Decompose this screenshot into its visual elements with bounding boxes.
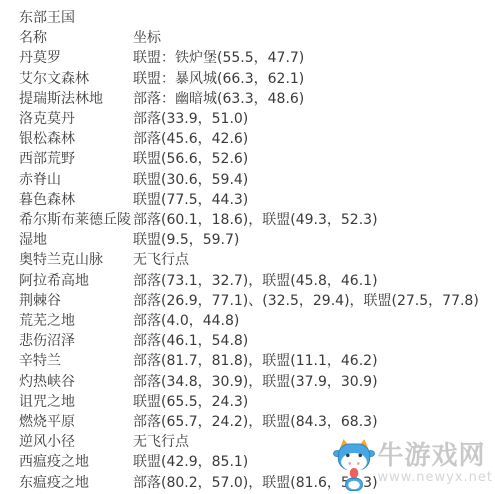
zone-coords: 联盟(30.6，59.4) xyxy=(133,170,495,190)
zone-name: 逆风小径 xyxy=(19,432,133,452)
column-header-name: 名称 xyxy=(19,28,133,48)
zone-name: 暮色森林 xyxy=(19,190,133,210)
page: 东部王国 名称 坐标 丹莫罗 联盟：铁炉堡(55.5，47.7) 艾尔文森林 联… xyxy=(0,0,495,494)
table-body: 丹莫罗 联盟：铁炉堡(55.5，47.7) 艾尔文森林 联盟：暴风城(66.3，… xyxy=(19,48,495,492)
table-row: 艾尔文森林 联盟：暴风城(66.3，62.1) xyxy=(19,69,495,89)
zone-name: 银松森林 xyxy=(19,129,133,149)
zone-coords: 联盟：铁炉堡(55.5，47.7) xyxy=(133,48,495,68)
table-row: 提瑞斯法林地 部落：幽暗城(63.3，48.6) xyxy=(19,89,495,109)
zone-name: 悲伤沼泽 xyxy=(19,331,133,351)
table-row: 西部荒野 联盟(56.6，52.6) xyxy=(19,149,495,169)
zone-name: 洛克莫丹 xyxy=(19,109,133,129)
table-row: 银松森林 部落(45.6，42.6) xyxy=(19,129,495,149)
zone-coords: 部落：幽暗城(63.3，48.6) xyxy=(133,89,495,109)
zone-coords: 部落(4.0，44.8) xyxy=(133,311,495,331)
zone-name: 辛特兰 xyxy=(19,351,133,371)
table-row: 荆棘谷 部落(26.9，77.1)、(32.5，29.4)，联盟(27.5，77… xyxy=(19,291,495,311)
table-row: 湿地 联盟(9.5，59.7) xyxy=(19,230,495,250)
zone-name: 西瘟疫之地 xyxy=(19,452,133,472)
zone-coords: 部落(45.6，42.6) xyxy=(133,129,495,149)
table-header-row: 名称 坐标 xyxy=(19,28,495,48)
zone-coords: 部落(73.1，32.7)，联盟(45.8，46.1) xyxy=(133,271,495,291)
zone-name: 希尔斯布莱德丘陵 xyxy=(19,210,133,230)
zone-coords: 无飞行点 xyxy=(133,250,495,270)
zone-coords: 联盟(65.5，24.3) xyxy=(133,392,495,412)
table-row: 希尔斯布莱德丘陵 部落(60.1，18.6)，联盟(49.3，52.3) xyxy=(19,210,495,230)
zone-name: 艾尔文森林 xyxy=(19,69,133,89)
page-title: 东部王国 xyxy=(19,8,495,28)
table-row: 阿拉希高地 部落(73.1，32.7)，联盟(45.8，46.1) xyxy=(19,271,495,291)
table-row: 奥特兰克山脉 无飞行点 xyxy=(19,250,495,270)
table-row: 赤脊山 联盟(30.6，59.4) xyxy=(19,170,495,190)
table-row: 燃烧平原 部落(65.7，24.2)，联盟(84.3，68.3) xyxy=(19,412,495,432)
table-row: 丹莫罗 联盟：铁炉堡(55.5，47.7) xyxy=(19,48,495,68)
zone-coords: 部落(46.1，54.8) xyxy=(133,331,495,351)
zone-coords: 联盟：暴风城(66.3，62.1) xyxy=(133,69,495,89)
zone-coords: 部落(60.1，18.6)，联盟(49.3，52.3) xyxy=(133,210,495,230)
zone-name: 燃烧平原 xyxy=(19,412,133,432)
zone-name: 灼热峡谷 xyxy=(19,372,133,392)
zone-coords: 联盟(56.6，52.6) xyxy=(133,149,495,169)
zone-coords: 联盟(9.5，59.7) xyxy=(133,230,495,250)
zone-coords: 联盟(77.5，44.3) xyxy=(133,190,495,210)
table-row: 灼热峡谷 部落(34.8，30.9)，联盟(37.9，30.9) xyxy=(19,372,495,392)
zone-coords: 部落(81.7，81.8)，联盟(11.1，46.2) xyxy=(133,351,495,371)
column-header-coords: 坐标 xyxy=(133,28,495,48)
zone-coords: 无飞行点 xyxy=(133,432,495,452)
table-row: 洛克莫丹 部落(33.9，51.0) xyxy=(19,109,495,129)
table-row: 悲伤沼泽 部落(46.1，54.8) xyxy=(19,331,495,351)
zone-coords: 部落(80.2，57.0)，联盟(81.6，59.3) xyxy=(133,473,495,493)
zone-coords: 部落(65.7，24.2)，联盟(84.3，68.3) xyxy=(133,412,495,432)
zone-name: 赤脊山 xyxy=(19,170,133,190)
table-row: 辛特兰 部落(81.7，81.8)，联盟(11.1，46.2) xyxy=(19,351,495,371)
flight-point-table: 东部王国 名称 坐标 丹莫罗 联盟：铁炉堡(55.5，47.7) 艾尔文森林 联… xyxy=(0,0,495,493)
zone-name: 西部荒野 xyxy=(19,149,133,169)
table-row: 逆风小径 无飞行点 xyxy=(19,432,495,452)
zone-name: 阿拉希高地 xyxy=(19,271,133,291)
zone-name: 诅咒之地 xyxy=(19,392,133,412)
zone-coords: 部落(33.9，51.0) xyxy=(133,109,495,129)
zone-name: 湿地 xyxy=(19,230,133,250)
zone-coords: 部落(34.8，30.9)，联盟(37.9，30.9) xyxy=(133,372,495,392)
table-row: 东瘟疫之地 部落(80.2，57.0)，联盟(81.6，59.3) xyxy=(19,473,495,493)
table-row: 诅咒之地 联盟(65.5，24.3) xyxy=(19,392,495,412)
zone-coords: 联盟(42.9，85.1) xyxy=(133,452,495,472)
zone-name: 提瑞斯法林地 xyxy=(19,89,133,109)
zone-coords: 部落(26.9，77.1)、(32.5，29.4)，联盟(27.5，77.8) xyxy=(133,291,495,311)
zone-name: 奥特兰克山脉 xyxy=(19,250,133,270)
zone-name: 东瘟疫之地 xyxy=(19,473,133,493)
zone-name: 荆棘谷 xyxy=(19,291,133,311)
table-row: 暮色森林 联盟(77.5，44.3) xyxy=(19,190,495,210)
zone-name: 荒芜之地 xyxy=(19,311,133,331)
zone-name: 丹莫罗 xyxy=(19,48,133,68)
table-row: 荒芜之地 部落(4.0，44.8) xyxy=(19,311,495,331)
table-row: 西瘟疫之地 联盟(42.9，85.1) xyxy=(19,452,495,472)
